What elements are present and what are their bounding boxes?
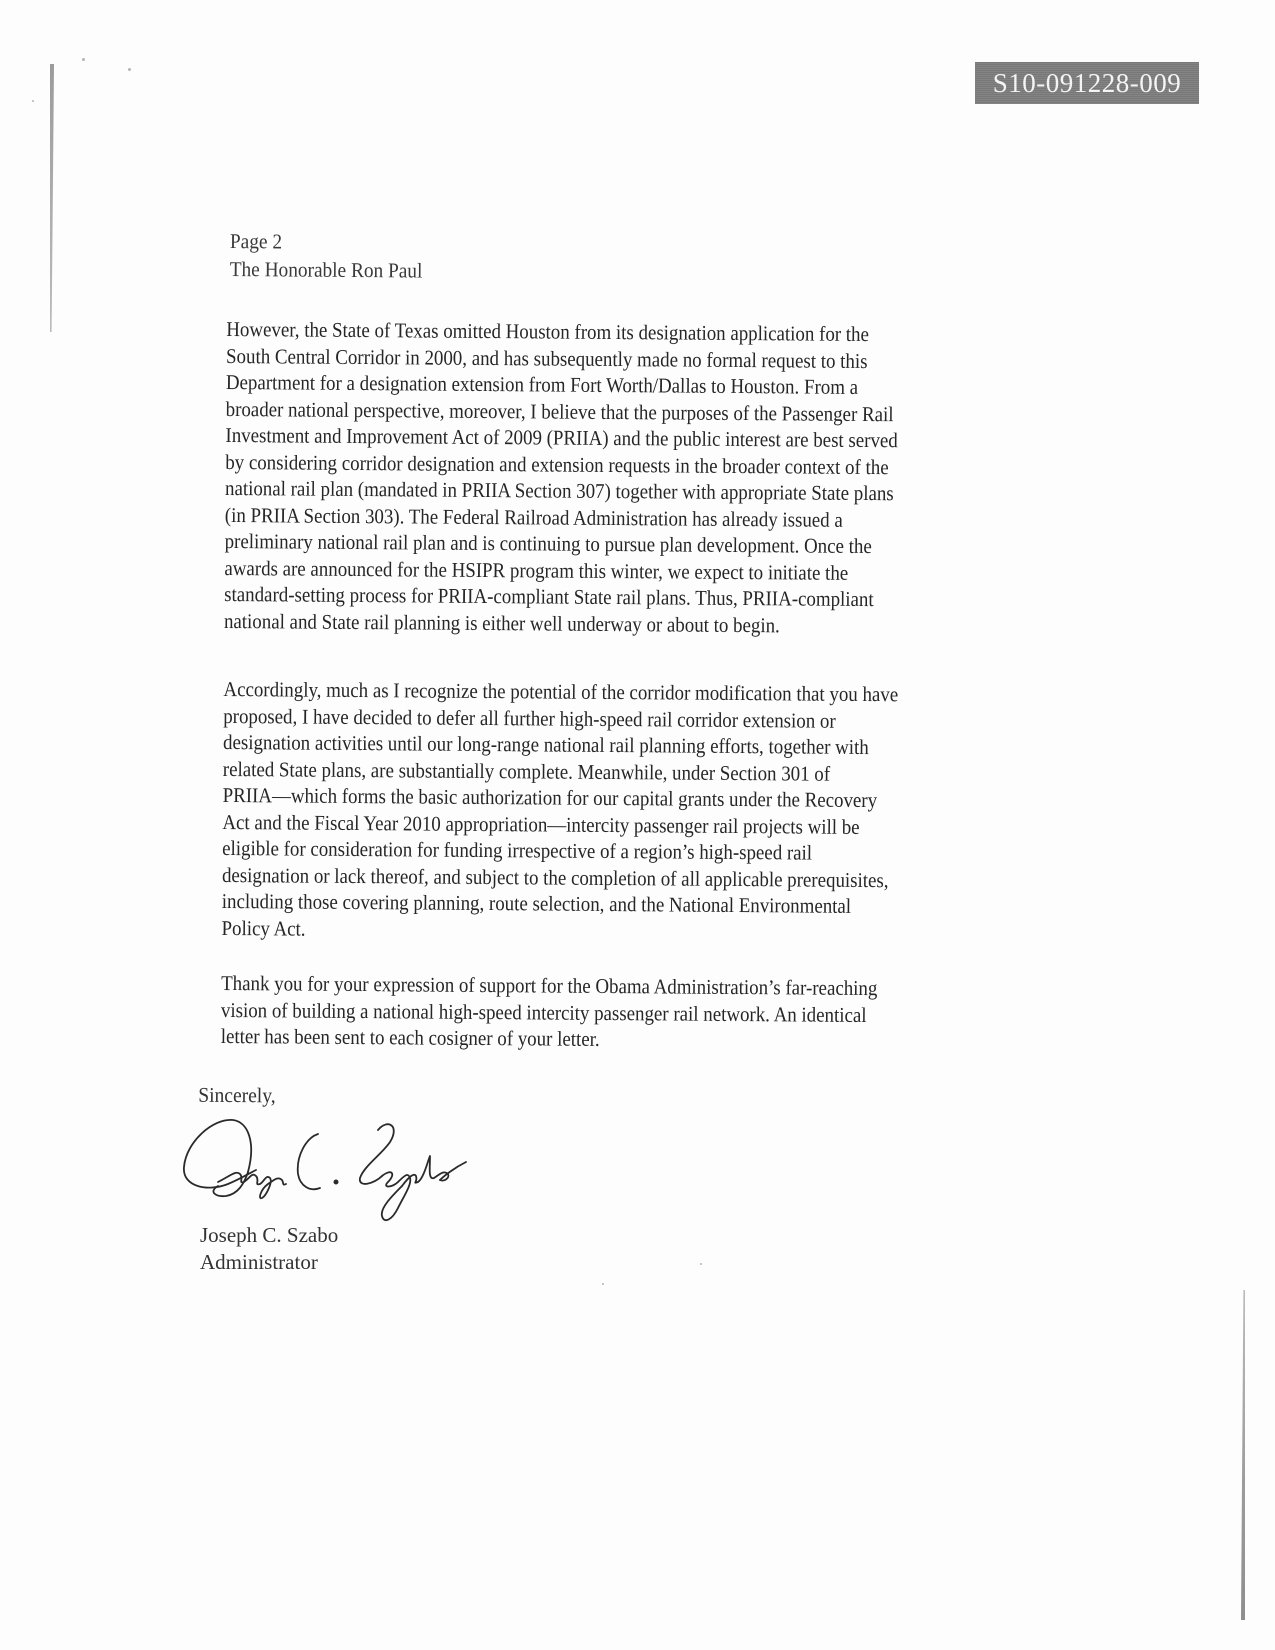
scan-edge-artifact-left [50, 64, 54, 332]
text-line: Policy Act. [221, 914, 995, 947]
letter-body: Page 2 The Honorable Ron Paul However, t… [2, 0, 1275, 8]
scanned-letter-page: S10-091228-009 Page 2 The Honorable Ron … [0, 0, 1275, 1650]
recipient-line: The Honorable Ron Paul [230, 256, 423, 284]
signer-title: Administrator [200, 1249, 318, 1275]
scan-speck [128, 68, 131, 71]
text-line: letter has been sent to each cosigner of… [221, 1023, 995, 1056]
scan-speck [82, 58, 85, 61]
paragraph-1: However, the State of Texas omitted Hous… [224, 316, 1086, 641]
text-line: national and State rail planning is eith… [224, 607, 998, 640]
closing-salutation: Sincerely, [198, 1082, 276, 1109]
scan-edge-artifact-right [1241, 1290, 1245, 1620]
paragraph-2: Accordingly, much as I recognize the pot… [221, 676, 1083, 948]
scan-speck [602, 1283, 604, 1285]
signer-name: Joseph C. Szabo [200, 1222, 338, 1248]
paragraph-3: Thank you for your expression of support… [221, 970, 1082, 1056]
handwritten-signature [178, 1112, 468, 1232]
scan-speck [32, 100, 34, 102]
document-id-stamp: S10-091228-009 [975, 62, 1199, 104]
scan-speck [700, 1263, 702, 1265]
page-label: Page 2 [230, 228, 282, 254]
